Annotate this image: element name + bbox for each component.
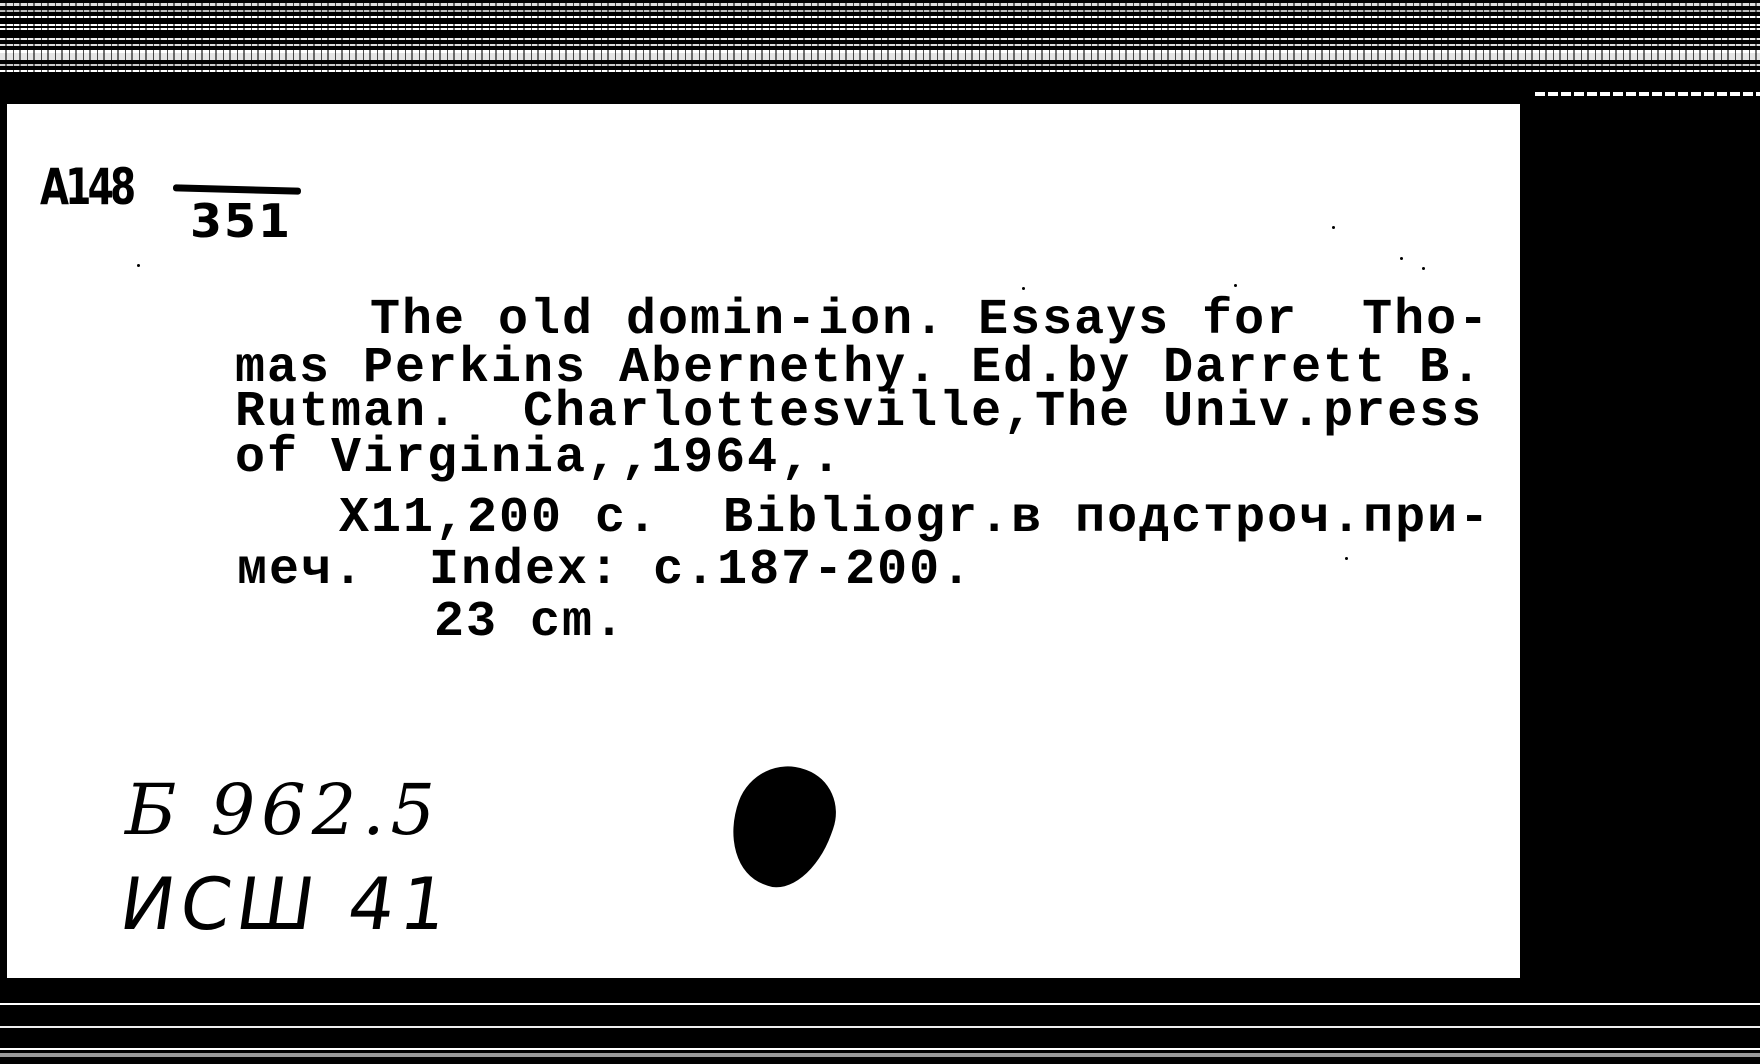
dust-speck — [1022, 287, 1025, 290]
entry-line-6: меч. Index: c.187-200. — [237, 546, 973, 596]
catalog-card: A148 351 The old domin-ion. Essays for T… — [7, 104, 1520, 978]
dust-speck — [1234, 284, 1237, 287]
scan-border-bottom — [0, 985, 1760, 1064]
dust-speck — [1422, 267, 1425, 270]
entry-line-5: X11,200 c. Bibliogr.в подстроч.при- — [339, 494, 1491, 544]
handwritten-shelf-mark: Б 962.5 — [125, 769, 441, 851]
dust-speck — [1345, 557, 1348, 560]
handwritten-code: ИСШ 41 — [115, 862, 458, 946]
ink-blot — [715, 752, 849, 900]
entry-line-1: The old domin-ion. Essays for Tho- — [370, 296, 1490, 346]
dust-speck — [1332, 226, 1335, 229]
entry-line-7: 23 cm. — [434, 598, 626, 648]
dust-speck — [137, 264, 140, 267]
entry-line-4: of Virginia,‚1964‚. — [235, 434, 843, 484]
dust-speck — [1400, 257, 1403, 260]
call-number: A148 351 — [40, 154, 300, 254]
call-number-bottom: 351 — [190, 194, 292, 248]
scan-border-top — [0, 0, 1760, 78]
scan-border-right-streak — [1535, 92, 1760, 96]
call-number-top: A148 — [40, 158, 132, 216]
